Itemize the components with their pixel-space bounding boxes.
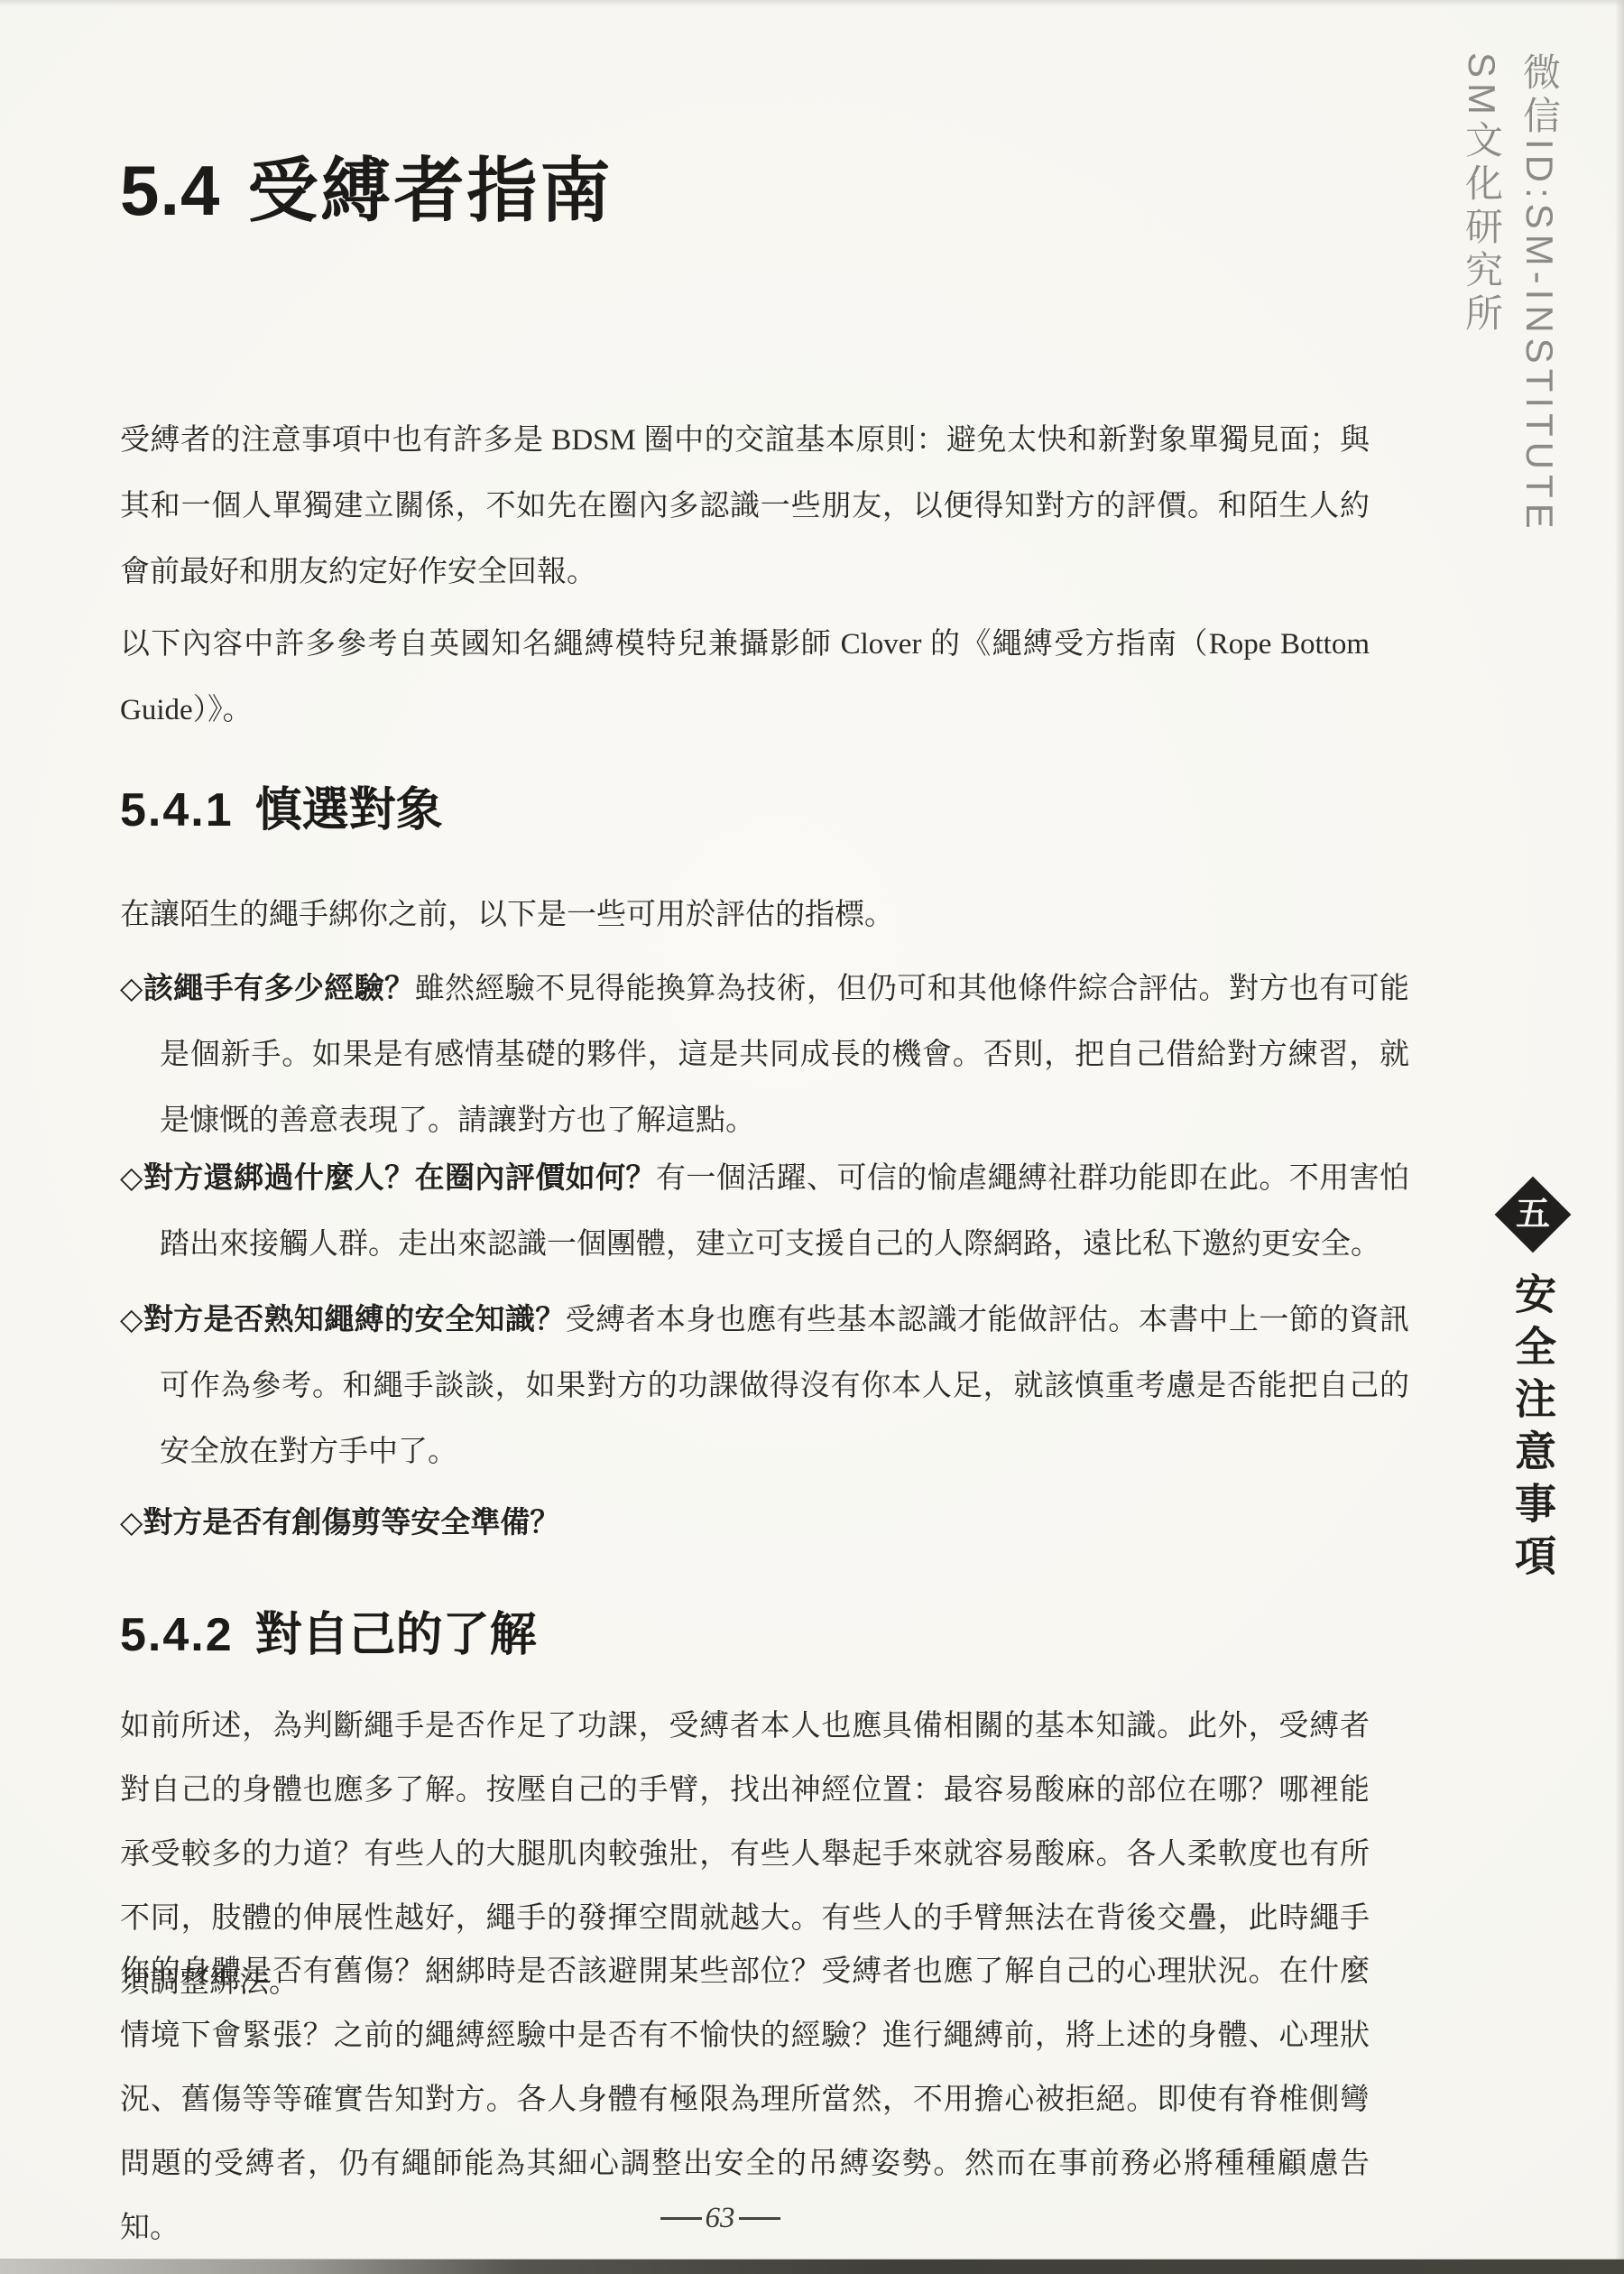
checklist-item-lead: 該繩手有多少經驗？ — [143, 971, 415, 1004]
scan-edge-right — [1615, 0, 1624, 2274]
section-541-intro: 在讓陌生的繩手綁你之前，以下是一些可用於評估的指標。 — [120, 883, 1370, 948]
page-title: 5.4受縛者指南 — [120, 155, 613, 226]
checklist-item-safety-shears: ◇對方是否有創傷剪等安全準備？ — [120, 1489, 1409, 1557]
page-number-value: 63 — [706, 2202, 735, 2235]
checklist-item-safety-knowledge: ◇對方是否熟知繩縛的安全知識？受縛者本身也應有些基本認識才能做評估。本書中上一節… — [120, 1286, 1409, 1485]
diamond-bullet-icon: ◇ — [120, 971, 143, 1004]
watermark-wechat-id: 微信ID:SM-INSTITUTE — [1510, 52, 1568, 1271]
page-number-dash-right — [739, 2217, 780, 2220]
intro-paragraph-2: 以下內容中許多參考自英國知名繩縛模特兒兼攝影師 Clover 的《繩縛受方指南（… — [120, 612, 1370, 744]
section-541-number: 5.4.1 — [120, 784, 234, 837]
chapter-tab: 五 安全注意事項 — [1499, 1179, 1566, 1586]
scanned-book-page: 微信ID:SM-INSTITUTE SM文化研究所 五 安全注意事項 5.4受縛… — [0, 0, 1624, 2274]
section-542-number: 5.4.2 — [120, 1609, 234, 1661]
section-541-title: 慎選對象 — [255, 784, 443, 837]
checklist-item-lead: 對方是否熟知繩縛的安全知識？ — [143, 1302, 566, 1336]
chapter-tab-label: 安全注意事項 — [1503, 1272, 1563, 1586]
scan-edge-top — [0, 0, 1624, 6]
diamond-bullet-icon: ◇ — [120, 1160, 143, 1194]
page-number-dash-left — [660, 2217, 702, 2220]
page-title-number: 5.4 — [120, 151, 220, 230]
scan-edge-bottom — [0, 2260, 1624, 2274]
checklist-item-lead: 對方還綁過什麼人？在圈內評價如何？ — [143, 1160, 656, 1194]
chapter-number-diamond-icon: 五 — [1495, 1177, 1572, 1253]
checklist-item-reputation: ◇對方還綁過什麼人？在圈內評價如何？有一個活躍、可信的愉虐繩縛社群功能即在此。不… — [120, 1144, 1409, 1278]
section-542-title: 對自己的了解 — [255, 1609, 537, 1661]
checklist-item-lead: 對方是否有創傷剪等安全準備？ — [143, 1505, 559, 1539]
section-541-heading: 5.4.1慎選對象 — [120, 787, 443, 834]
chapter-number: 五 — [1516, 1197, 1550, 1232]
intro-paragraph-1: 受縛者的注意事項中也有許多是 BDSM 圈中的交誼基本原則：避免太快和新對象單獨… — [120, 408, 1370, 605]
watermark-vertical-text: 微信ID:SM-INSTITUTE SM文化研究所 — [1453, 52, 1568, 1271]
watermark-studio-name: SM文化研究所 — [1453, 52, 1510, 1271]
diamond-bullet-icon: ◇ — [120, 1302, 143, 1336]
checklist-item-experience: ◇該繩手有多少經驗？雖然經驗不見得能換算為技術，但仍可和其他條件綜合評估。對方也… — [120, 955, 1409, 1154]
section-542-heading: 5.4.2對自己的了解 — [120, 1612, 537, 1659]
diamond-bullet-icon: ◇ — [120, 1505, 143, 1539]
page-number: 63 — [120, 2202, 1320, 2235]
page-title-text: 受縛者指南 — [247, 151, 613, 230]
